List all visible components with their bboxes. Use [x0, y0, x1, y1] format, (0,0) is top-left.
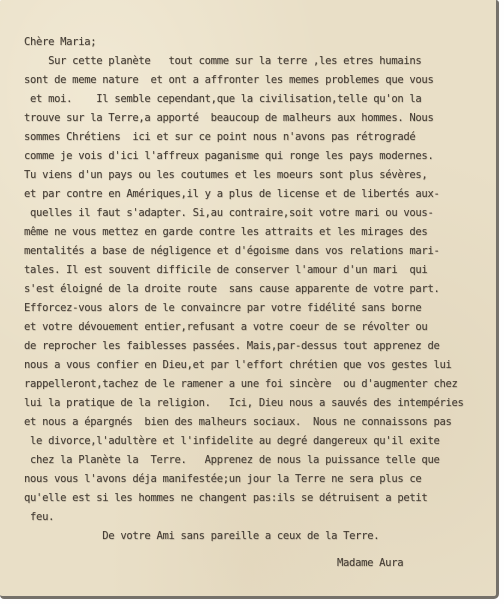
letter-line: chez la Planète la Terre. Apprenez de no…	[24, 451, 488, 470]
letter-line: et nous a épargnés bien des malheurs soc…	[24, 413, 488, 432]
letter-line: lui la pratique de la religion. Ici, Die…	[24, 394, 488, 413]
letter-line: quelles il faut s'adapter. Si,au contrai…	[24, 204, 488, 223]
letter-line: sont de meme nature et ont a affronter l…	[24, 71, 488, 90]
letter-line: et par contre en Amériques,il y a plus d…	[24, 185, 488, 204]
letter-line: qu'elle est si les hommes ne changent pa…	[24, 489, 488, 508]
letter-line: nous a vous confier en Dieu,et par l'eff…	[24, 356, 488, 375]
letter-line: mentalités a base de négligence et d'égo…	[24, 242, 488, 261]
letter-line: comme je vois d'ici l'affreux paganisme …	[24, 147, 488, 166]
letter-line: et moi. Il semble cependant,que la civil…	[24, 90, 488, 109]
letter-line: s'est éloigné de la droite route sans ca…	[24, 280, 488, 299]
letter-paper: Chère Maria; Sur cette planète tout comm…	[0, 0, 499, 599]
letter-text: Chère Maria; Sur cette planète tout comm…	[24, 33, 488, 573]
letter-line: rappelleront,tachez de le ramener a une …	[24, 375, 488, 394]
letter-line: le divorce,l'adultère et l'infidelite au…	[24, 432, 488, 451]
letter-line: même ne vous mettez en garde contre les …	[24, 223, 488, 242]
letter-line: feu.	[24, 508, 488, 527]
closing-line: De votre Ami sans pareille a ceux de la …	[24, 527, 488, 546]
letter-scan: Chère Maria; Sur cette planète tout comm…	[0, 0, 504, 604]
letter-line: Sur cette planète tout comme sur la terr…	[24, 52, 488, 71]
signature: Madame Aura	[337, 554, 488, 573]
letter-line: Efforcez-vous alors de le convaincre par…	[24, 299, 488, 318]
letter-line: et votre dévouement entier,refusant a vo…	[24, 318, 488, 337]
letter-line: nous vous l'avons déja manifestée;un jou…	[24, 470, 488, 489]
letter-line: tales. Il est souvent difficile de conse…	[24, 261, 488, 280]
letter-line: trouve sur la Terre,a apporté beaucoup d…	[24, 109, 488, 128]
letter-line: Tu viens d'un pays ou les coutumes et le…	[24, 166, 488, 185]
letter-line: sommes Chrétiens ici et sur ce point nou…	[24, 128, 488, 147]
letter-line: de reprocher les faiblesses passées. Mai…	[24, 337, 488, 356]
salutation: Chère Maria;	[24, 33, 488, 52]
